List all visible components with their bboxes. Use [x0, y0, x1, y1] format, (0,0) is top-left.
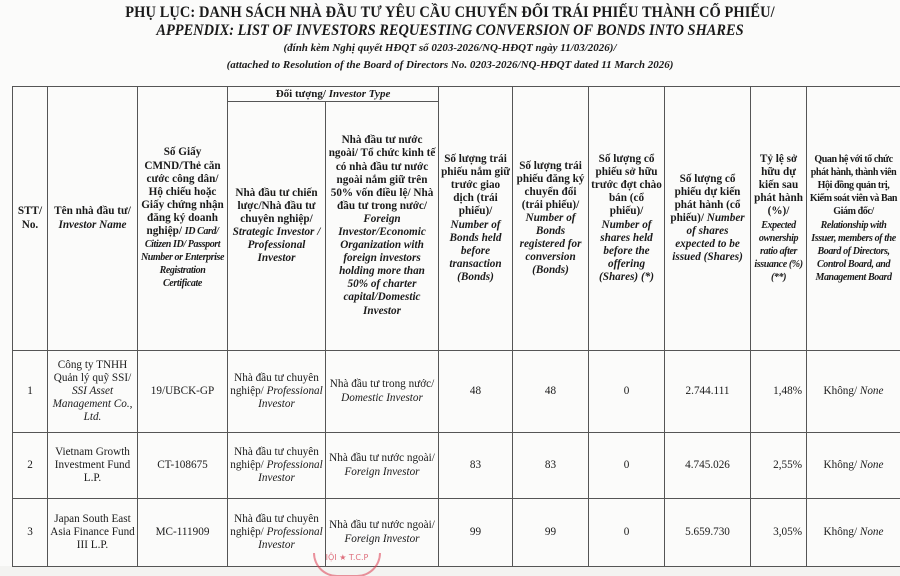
document-page: PHỤ LỤC: DANH SÁCH NHÀ ĐẦU TƯ YÊU CẦU CH… — [0, 0, 900, 566]
table-row: 3Japan South East Asia Finance Fund III … — [13, 499, 900, 567]
title-vi: PHỤ LỤC: DANH SÁCH NHÀ ĐẦU TƯ YÊU CẦU CH… — [32, 4, 869, 22]
header-bonds-held: Số lượng trái phiếu nắm giữ trước giao d… — [439, 87, 513, 351]
cell-id: CT-108675 — [138, 433, 228, 499]
header-shares-before: Số lượng cổ phiếu sở hữu trước đợt chào … — [589, 87, 665, 351]
cell-name: Công ty TNHH Quản lý quỹ SSI/ SSI Asset … — [48, 351, 138, 433]
cell-bonds-held: 48 — [439, 351, 513, 433]
title-en: APPENDIX: LIST OF INVESTORS REQUESTING C… — [32, 22, 869, 40]
cell-bonds-registered: 99 — [513, 499, 589, 567]
company-seal: IỘI ★ T.C.P — [313, 553, 381, 576]
cell-ownership: 1,48% — [751, 351, 807, 433]
header-strategic: Nhà đầu tư chiến lược/Nhà đầu tư chuyên … — [228, 102, 326, 351]
cell-strategic: Nhà đầu tư chuyên nghiệp/ Professional I… — [228, 433, 326, 499]
cell-bonds-held: 83 — [439, 433, 513, 499]
cell-shares-expected: 4.745.026 — [665, 433, 751, 499]
cell-stt: 3 — [13, 499, 48, 567]
subtitle-vi: (đính kèm Nghị quyết HĐQT số 0203-2026/N… — [0, 42, 900, 54]
cell-shares-before: 0 — [589, 351, 665, 433]
header-bonds-registered: Số lượng trái phiếu đăng ký chuyển đổi (… — [513, 87, 589, 351]
table-row: 1Công ty TNHH Quản lý quỹ SSI/ SSI Asset… — [13, 351, 900, 433]
cell-bonds-registered: 83 — [513, 433, 589, 499]
header-name: Tên nhà đầu tư/ Investor Name — [48, 87, 138, 351]
cell-investor-type: Nhà đầu tư trong nước/ Domestic Investor — [326, 351, 439, 433]
cell-ownership: 2,55% — [751, 433, 807, 499]
cell-bonds-registered: 48 — [513, 351, 589, 433]
header-id: Số Giấy CMND/Thẻ căn cước công dân/ Hộ c… — [138, 87, 228, 351]
cell-stt: 1 — [13, 351, 48, 433]
header-foreign: Nhà đầu tư nước ngoài/ Tổ chức kinh tế c… — [326, 102, 439, 351]
cell-name: Japan South East Asia Finance Fund III L… — [48, 499, 138, 567]
cell-name: Vietnam Growth Investment Fund L.P. — [48, 433, 138, 499]
cell-shares-before: 0 — [589, 433, 665, 499]
cell-relationship: Không/ None — [807, 351, 900, 433]
header-stt: STT/No. — [13, 87, 48, 351]
header-ownership: Tỷ lệ sở hữu dự kiến sau phát hành (%)/ … — [751, 87, 807, 351]
header-investor-type: Đối tượng/ Investor Type — [228, 87, 439, 102]
cell-id: MC-111909 — [138, 499, 228, 567]
cell-strategic: Nhà đầu tư chuyên nghiệp/ Professional I… — [228, 351, 326, 433]
table-row: 2Vietnam Growth Investment Fund L.P. CT-… — [13, 433, 900, 499]
cell-ownership: 3,05% — [751, 499, 807, 567]
header-relationship: Quan hệ với tổ chức phát hành, thành viê… — [807, 87, 900, 351]
header-shares-expected: Số lượng cổ phiếu dự kiến phát hành (cổ … — [665, 87, 751, 351]
investor-table: STT/No. Tên nhà đầu tư/ Investor Name Số… — [12, 86, 900, 567]
cell-strategic: Nhà đầu tư chuyên nghiệp/ Professional I… — [228, 499, 326, 567]
cell-shares-expected: 5.659.730 — [665, 499, 751, 567]
cell-shares-before: 0 — [589, 499, 665, 567]
cell-id: 19/UBCK-GP — [138, 351, 228, 433]
subtitle-en: (attached to Resolution of the Board of … — [0, 59, 900, 71]
cell-bonds-held: 99 — [439, 499, 513, 567]
cell-relationship: Không/ None — [807, 499, 900, 567]
cell-investor-type: Nhà đầu tư nước ngoài/ Foreign Investor — [326, 433, 439, 499]
cell-relationship: Không/ None — [807, 433, 900, 499]
cell-shares-expected: 2.744.111 — [665, 351, 751, 433]
cell-stt: 2 — [13, 433, 48, 499]
